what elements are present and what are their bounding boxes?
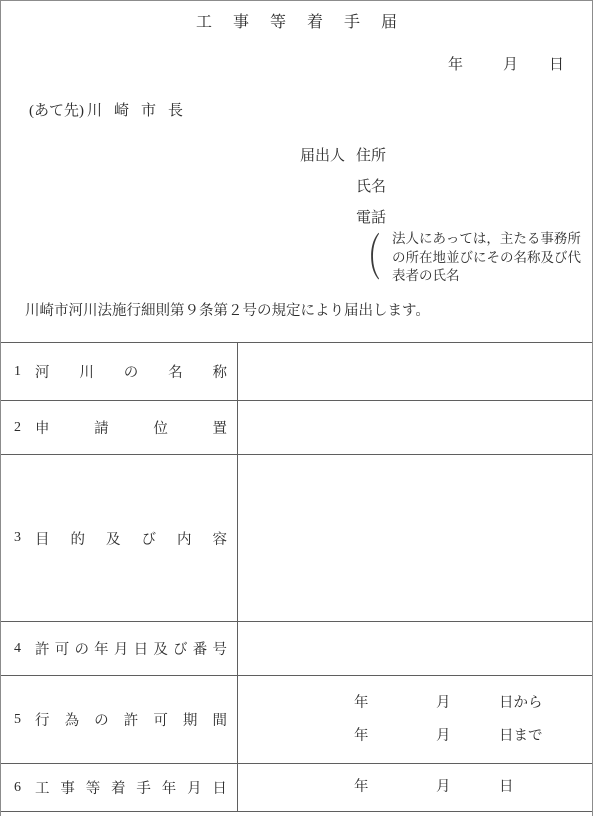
table-row-permit-period: 5 行為の許可期間 年 月 日から 年 月 日まで	[1, 676, 592, 764]
row6-label: 工事等着手年月日	[35, 777, 227, 798]
row1-label-cell: 1 河川の名称	[1, 343, 238, 400]
row5-period-to-line: 年 月 日まで	[238, 720, 592, 753]
header-day-label: 日	[549, 57, 564, 73]
header-year-label: 年	[448, 57, 463, 73]
row5-value-cell: 年 月 日から 年 月 日まで	[238, 676, 592, 763]
row6-date-line: 年 月 日	[238, 771, 592, 804]
row4-number: 4	[14, 641, 35, 657]
header-date-line: 年月日	[448, 56, 564, 74]
row5-label: 行為の許可期間	[35, 709, 227, 730]
row1-number: 1	[14, 364, 35, 380]
row2-label: 申請位置	[35, 417, 227, 438]
row5-period-from-line: 年 月 日から	[238, 687, 592, 720]
row1-label: 河川の名称	[35, 361, 227, 382]
row2-value-cell	[238, 401, 592, 454]
row4-label-cell: 4 許可の年月日及び番号	[1, 622, 238, 675]
note-text: 法人にあっては，主たる事務所 の所在地並びにその名称及び代 表者の氏名	[392, 230, 593, 286]
table-row-commencement-date: 6 工事等着手年月日 年 月 日	[1, 764, 592, 812]
header-month-label: 月	[503, 57, 518, 73]
table-row-river-name: 1 河川の名称	[1, 343, 592, 401]
addressee-name: 川崎市長	[87, 102, 183, 120]
applicant-field-address: 住所	[356, 147, 386, 165]
row4-value-cell	[238, 622, 592, 675]
addressee-prefix: (あて先)	[29, 103, 84, 119]
row3-value-cell	[238, 455, 592, 621]
row5-to-day-label: 日まで	[499, 720, 543, 753]
applicant-block: 届出人 住所 氏名 電話	[300, 147, 386, 240]
applicant-field-phone: 電話	[356, 209, 386, 227]
row3-number: 3	[14, 530, 35, 546]
note-line-1: 法人にあっては，主たる事務所	[392, 230, 593, 249]
row5-label-cell: 5 行為の許可期間	[1, 676, 238, 763]
note-line-3: 表者の氏名	[392, 267, 593, 286]
row6-day-label: 日	[499, 771, 514, 804]
row3-label-cell: 3 目的及び内容	[1, 455, 238, 621]
applicant-fields: 住所 氏名 電話	[356, 147, 386, 240]
row5-to-year-label: 年	[354, 720, 369, 753]
applicant-label: 届出人	[300, 147, 345, 240]
table-row-purpose-content: 3 目的及び内容	[1, 455, 592, 622]
addressee-line: (あて先)川崎市長	[29, 102, 183, 120]
row6-label-cell: 6 工事等着手年月日	[1, 764, 238, 811]
row6-number: 6	[14, 780, 35, 796]
row1-value-cell	[238, 343, 592, 400]
form-table: 1 河川の名称 2 申請位置 3 目的及び内容 4 許可の年月日及び番号	[1, 342, 592, 816]
note-open-paren: （	[353, 228, 381, 288]
row5-from-year-label: 年	[354, 687, 369, 720]
row3-label: 目的及び内容	[35, 528, 227, 549]
applicant-field-name: 氏名	[356, 178, 386, 196]
row5-number: 5	[14, 712, 35, 728]
note-line-2: の所在地並びにその名称及び代	[392, 249, 593, 268]
declaration-sentence: 川崎市河川法施行細則第９条第２号の規定により届出します。	[25, 302, 430, 320]
row2-label-cell: 2 申請位置	[1, 401, 238, 454]
row2-number: 2	[14, 420, 35, 436]
form-page: 工事等着手届 年月日 (あて先)川崎市長 届出人 住所 氏名 電話 （ 法人にあ…	[0, 0, 593, 816]
row6-value-cell: 年 月 日	[238, 764, 592, 811]
table-row-application-location: 2 申請位置	[1, 401, 592, 455]
row6-month-label: 月	[436, 771, 451, 804]
row6-year-label: 年	[354, 771, 369, 804]
row5-from-month-label: 月	[436, 687, 451, 720]
row4-label: 許可の年月日及び番号	[35, 638, 227, 659]
row5-from-day-label: 日から	[499, 687, 543, 720]
page-title: 工事等着手届	[1, 14, 592, 32]
table-row-permit-date-number: 4 許可の年月日及び番号	[1, 622, 592, 676]
row5-to-month-label: 月	[436, 720, 451, 753]
corporate-note: （ 法人にあっては，主たる事務所 の所在地並びにその名称及び代 表者の氏名 ）	[342, 228, 593, 288]
